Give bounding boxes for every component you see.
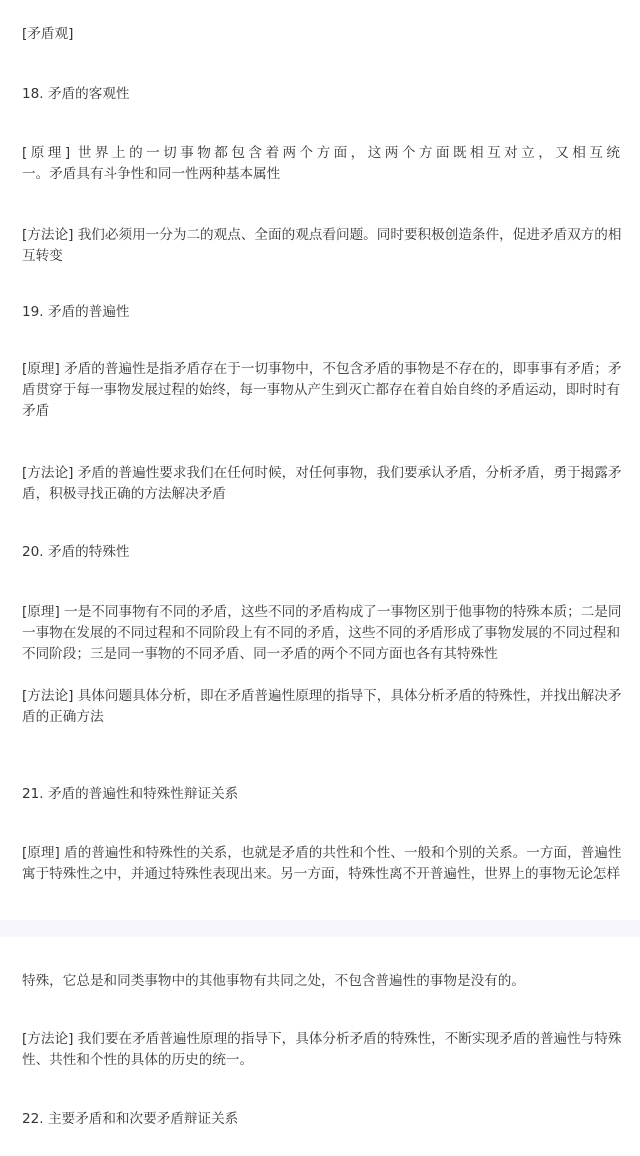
heading-text: 18. 矛盾的客观性 [22,84,622,105]
paragraph-line: 盾贯穿于每一事物发展过程的始终，每一事物从产生到灭亡都存在着自始自终的矛盾运动，… [22,380,620,401]
methodology-21: [方法论] 我们要在矛盾普遍性原理的指导下，具体分析矛盾的特殊性，不断实现矛盾的… [22,1029,622,1071]
paragraph-line: [原理] 一是不同事物有不同的矛盾，这些不同的矛盾构成了一事物区别于他事物的特殊… [22,602,620,623]
heading-21: 21. 矛盾的普遍性和特殊性辩证关系 [22,784,622,805]
paragraph-line: [原理] 盾的普遍性和特殊性的关系，也就是矛盾的共性和个性、一般和个别的关系。一… [22,843,620,864]
principle-21-continuation: 特殊，它总是和同类事物中的其他事物有共同之处，不包含普遍性的事物是没有的。 [22,971,622,992]
heading-18: 18. 矛盾的客观性 [22,84,622,105]
heading-22: 22. 主要矛盾和和次要矛盾辩证关系 [22,1109,622,1130]
paragraph-line: 矛盾 [22,401,620,422]
section-title-text: [矛盾观] [22,24,622,45]
methodology-19: [方法论] 矛盾的普遍性要求我们在任何时候，对任何事物，我们要承认矛盾，分析矛盾… [22,463,622,505]
paragraph-line: 互转变 [22,246,620,267]
heading-20: 20. 矛盾的特殊性 [22,542,622,563]
paragraph-line: [方法论] 具体问题具体分析，即在矛盾普遍性原理的指导下，具体分析矛盾的特殊性，… [22,686,620,707]
paragraph-line: [原理] 世界上的一切事物都包含着两个方面，这两个方面既相互对立，又相互统 [22,143,620,164]
paragraph-line: [方法论] 我们必须用一分为二的观点、全面的观点看问题。同时要积极创造条件，促进… [22,225,620,246]
principle-20: [原理] 一是不同事物有不同的矛盾，这些不同的矛盾构成了一事物区别于他事物的特殊… [22,602,622,665]
paragraph-line: [方法论] 矛盾的普遍性要求我们在任何时候，对任何事物，我们要承认矛盾，分析矛盾… [22,463,620,484]
paragraph-line: 盾的正确方法 [22,707,620,728]
principle-18: [原理] 世界上的一切事物都包含着两个方面，这两个方面既相互对立，又相互统 一。… [22,143,622,185]
paragraph-line: 盾，积极寻找正确的方法解决矛盾 [22,484,620,505]
page-break-band [0,920,640,937]
paragraph-line: 寓于特殊性之中，并通过特殊性表现出来。另一方面，特殊性离不开普遍性，世界上的事物… [22,864,620,885]
paragraph-line: [方法论] 我们要在矛盾普遍性原理的指导下，具体分析矛盾的特殊性，不断实现矛盾的… [22,1029,620,1050]
principle-21: [原理] 盾的普遍性和特殊性的关系，也就是矛盾的共性和个性、一般和个别的关系。一… [22,843,622,885]
paragraph-line: [原理] 矛盾的普遍性是指矛盾存在于一切事物中，不包含矛盾的事物是不存在的，即事… [22,359,620,380]
paragraph-line: 性、共性和个性的具体的历史的统一。 [22,1050,620,1071]
heading-text: 20. 矛盾的特殊性 [22,542,622,563]
principle-19: [原理] 矛盾的普遍性是指矛盾存在于一切事物中，不包含矛盾的事物是不存在的，即事… [22,359,622,422]
heading-text: 22. 主要矛盾和和次要矛盾辩证关系 [22,1109,622,1130]
paragraph-line: 一事物在发展的不同过程和不同阶段上有不同的矛盾，这些不同的矛盾形成了事物发展的不… [22,623,620,644]
section-title: [矛盾观] [22,24,622,45]
heading-text: 21. 矛盾的普遍性和特殊性辩证关系 [22,784,622,805]
paragraph-line: 一。矛盾具有斗争性和同一性两种基本属性 [22,164,620,185]
heading-text: 19. 矛盾的普遍性 [22,302,622,323]
methodology-18: [方法论] 我们必须用一分为二的观点、全面的观点看问题。同时要积极创造条件，促进… [22,225,622,267]
heading-19: 19. 矛盾的普遍性 [22,302,622,323]
methodology-20: [方法论] 具体问题具体分析，即在矛盾普遍性原理的指导下，具体分析矛盾的特殊性，… [22,686,622,728]
paragraph-line: 特殊，它总是和同类事物中的其他事物有共同之处，不包含普遍性的事物是没有的。 [22,971,622,992]
paragraph-line: 不同阶段；三是同一事物的不同矛盾、同一矛盾的两个不同方面也各有其特殊性 [22,644,620,665]
